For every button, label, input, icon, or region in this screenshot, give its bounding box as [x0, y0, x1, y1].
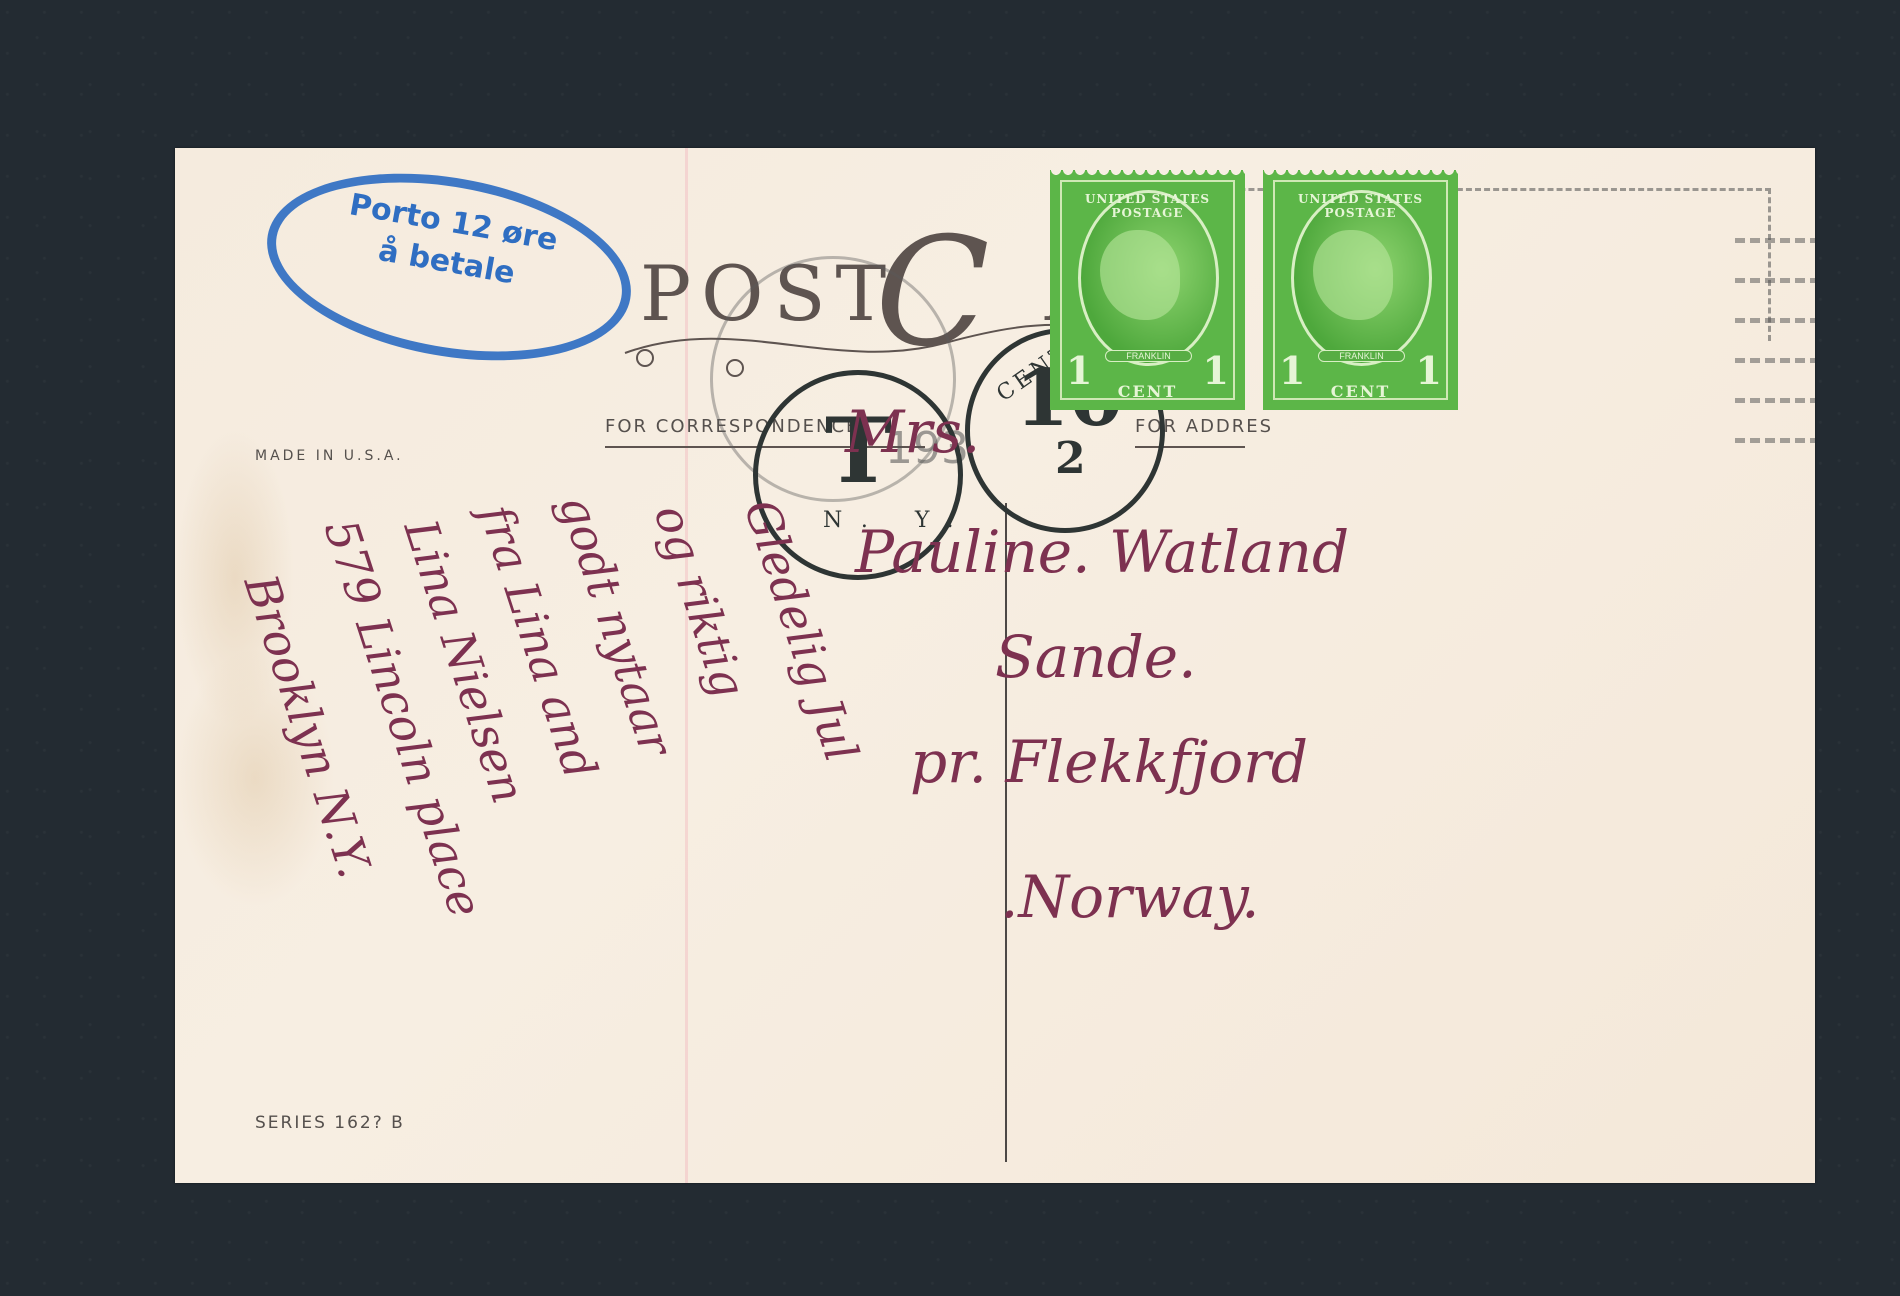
stamp-country: UNITED STATES POSTAGE [1283, 192, 1438, 220]
machine-cancel-line [1735, 438, 1815, 447]
machine-cancel-line [1735, 358, 1815, 367]
stamp-value: 1 [1066, 348, 1092, 393]
stamp-value: 1 [1416, 348, 1442, 393]
center-divider-line [1005, 503, 1007, 1162]
franklin-stamp-2: UNITED STATES POSTAGE FRANKLIN 1 1 CENT [1263, 170, 1458, 410]
machine-cancel-line [1735, 278, 1815, 287]
address-line-salutation: Mrs. [845, 398, 980, 466]
address-line-post-office: pr. Flekkfjord [910, 728, 1308, 796]
postcard: POST C ARD FOR CORRESPONDENCE FOR ADDRES… [175, 148, 1815, 1183]
made-in-usa-label: MADE IN U.S.A. [255, 448, 404, 464]
stamp-value: 1 [1279, 348, 1305, 393]
stamp-denomination: CENT [1110, 382, 1185, 401]
address-line-name: Pauline. Watland [855, 518, 1349, 586]
machine-cancel-line [1735, 238, 1815, 247]
stamp-country: UNITED STATES POSTAGE [1070, 192, 1225, 220]
centimes-sub-value: 2 [1055, 433, 1086, 484]
machine-cancel-line [1735, 398, 1815, 407]
stamp-portrait-name: FRANKLIN [1105, 350, 1192, 362]
machine-cancel-line [1735, 318, 1815, 327]
address-line-country: .Norway. [1000, 863, 1260, 931]
address-line-town: Sande. [995, 623, 1197, 691]
stamp-value: 1 [1203, 348, 1229, 393]
stamp-portrait-name: FRANKLIN [1318, 350, 1405, 362]
series-number-label: SERIES 162? B [255, 1113, 405, 1133]
stamp-denomination: CENT [1323, 382, 1398, 401]
franklin-stamp-1: UNITED STATES POSTAGE FRANKLIN 1 1 CENT [1050, 170, 1245, 410]
